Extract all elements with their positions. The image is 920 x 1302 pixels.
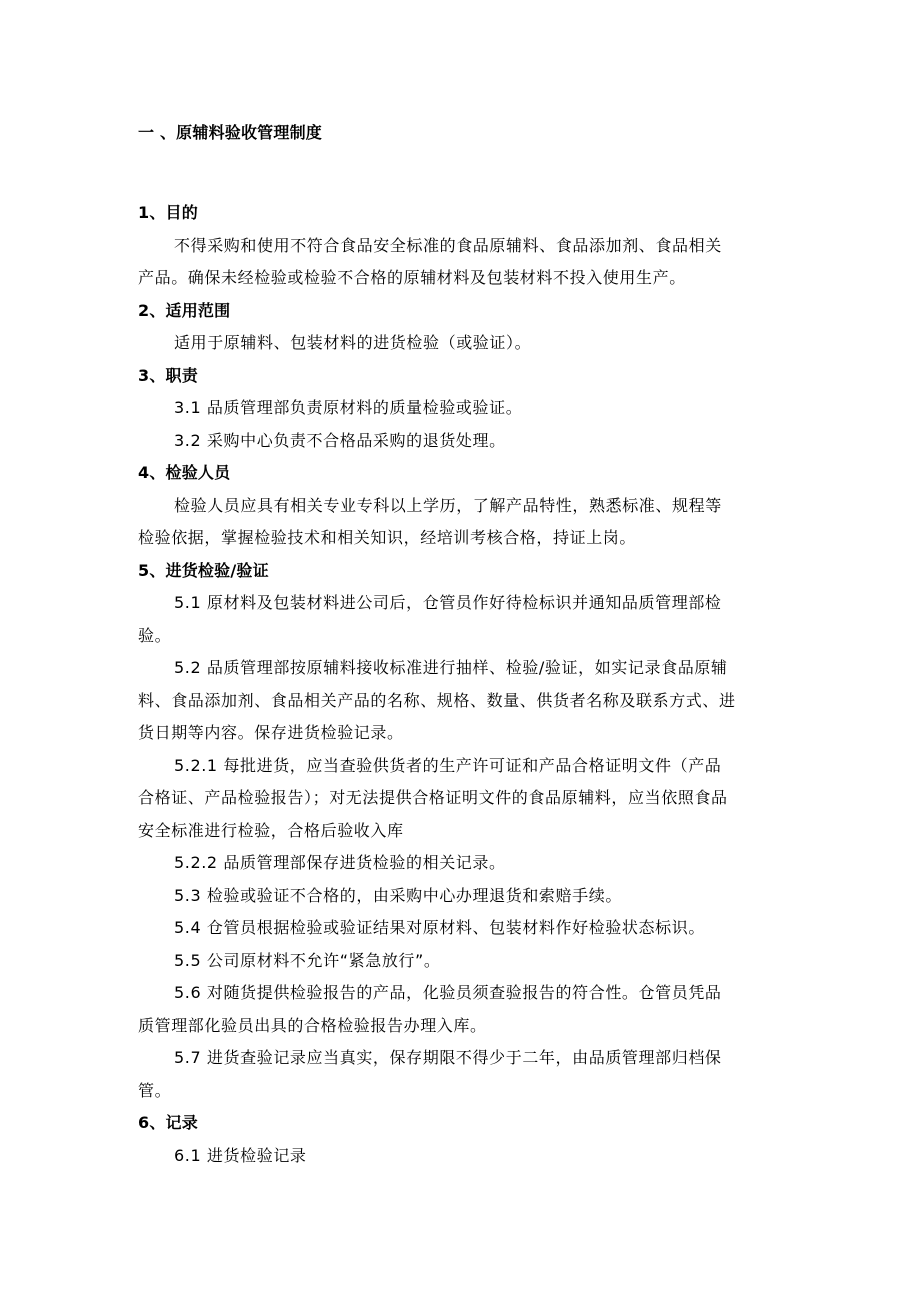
paragraph-line: 合格证、产品检验报告）；对无法提供合格证明文件的食品原辅料，应当依照食品 [138, 786, 770, 819]
paragraph-line: 验。 [138, 624, 770, 657]
section-heading-responsibilities: 3、职责 [138, 364, 770, 397]
paragraph-line: 货日期等内容。保存进货检验记录。 [138, 721, 770, 754]
clause-5-7: 5.7 进货查验记录应当真实，保存期限不得少于二年，由品质管理部归档保 [138, 1046, 770, 1079]
clause-5-6: 5.6 对随货提供检验报告的产品，化验员须查验报告的符合性。仓管员凭品 [138, 981, 770, 1014]
section-heading-purpose: 1、目的 [138, 201, 770, 234]
section-heading-incoming-inspection: 5、进货检验/验证 [138, 559, 770, 592]
clause-5-1: 5.1 原材料及包装材料进公司后，仓管员作好待检标识并通知品质管理部检 [138, 591, 770, 624]
clause-6-1: 6.1 进货检验记录 [138, 1144, 770, 1177]
section-heading-records: 6、记录 [138, 1111, 770, 1144]
clause-5-4: 5.4 仓管员根据检验或验证结果对原材料、包装材料作好检验状态标识。 [138, 916, 770, 949]
clause-3-1: 3.1 品质管理部负责原材料的质量检验或验证。 [138, 396, 770, 429]
document-title: 一 、原辅料验收管理制度 [138, 122, 322, 144]
clause-5-2-2: 5.2.2 品质管理部保存进货检验的相关记录。 [138, 851, 770, 884]
section-heading-inspectors: 4、检验人员 [138, 461, 770, 494]
paragraph-line: 检验依据，掌握检验技术和相关知识，经培训考核合格，持证上岗。 [138, 526, 770, 559]
paragraph-line: 产品。确保未经检验或检验不合格的原辅材料及包装材料不投入使用生产。 [138, 266, 770, 299]
section-heading-scope: 2、适用范围 [138, 299, 770, 332]
paragraph-line: 料、食品添加剂、食品相关产品的名称、规格、数量、供货者名称及联系方式、进 [138, 689, 770, 722]
document-body: 1、目的 不得采购和使用不符合食品安全标准的食品原辅料、食品添加剂、食品相关 产… [138, 201, 770, 1176]
clause-5-3: 5.3 检验或验证不合格的，由采购中心办理退货和索赔手续。 [138, 884, 770, 917]
paragraph-line: 适用于原辅料、包装材料的进货检验（或验证）。 [138, 331, 770, 364]
paragraph-line: 检验人员应具有相关专业专科以上学历，了解产品特性，熟悉标准、规程等 [138, 494, 770, 527]
clause-3-2: 3.2 采购中心负责不合格品采购的退货处理。 [138, 429, 770, 462]
paragraph-line: 安全标准进行检验，合格后验收入库 [138, 819, 770, 852]
paragraph-line: 质管理部化验员出具的合格检验报告办理入库。 [138, 1014, 770, 1047]
paragraph-line: 管。 [138, 1079, 770, 1112]
clause-5-2-1: 5.2.1 每批进货，应当查验供货者的生产许可证和产品合格证明文件（产品 [138, 754, 770, 787]
clause-5-2: 5.2 品质管理部按原辅料接收标准进行抽样、检验/验证，如实记录食品原辅 [138, 656, 770, 689]
paragraph-line: 不得采购和使用不符合食品安全标准的食品原辅料、食品添加剂、食品相关 [138, 234, 770, 267]
clause-5-5: 5.5 公司原材料不允许“紧急放行”。 [138, 949, 770, 982]
